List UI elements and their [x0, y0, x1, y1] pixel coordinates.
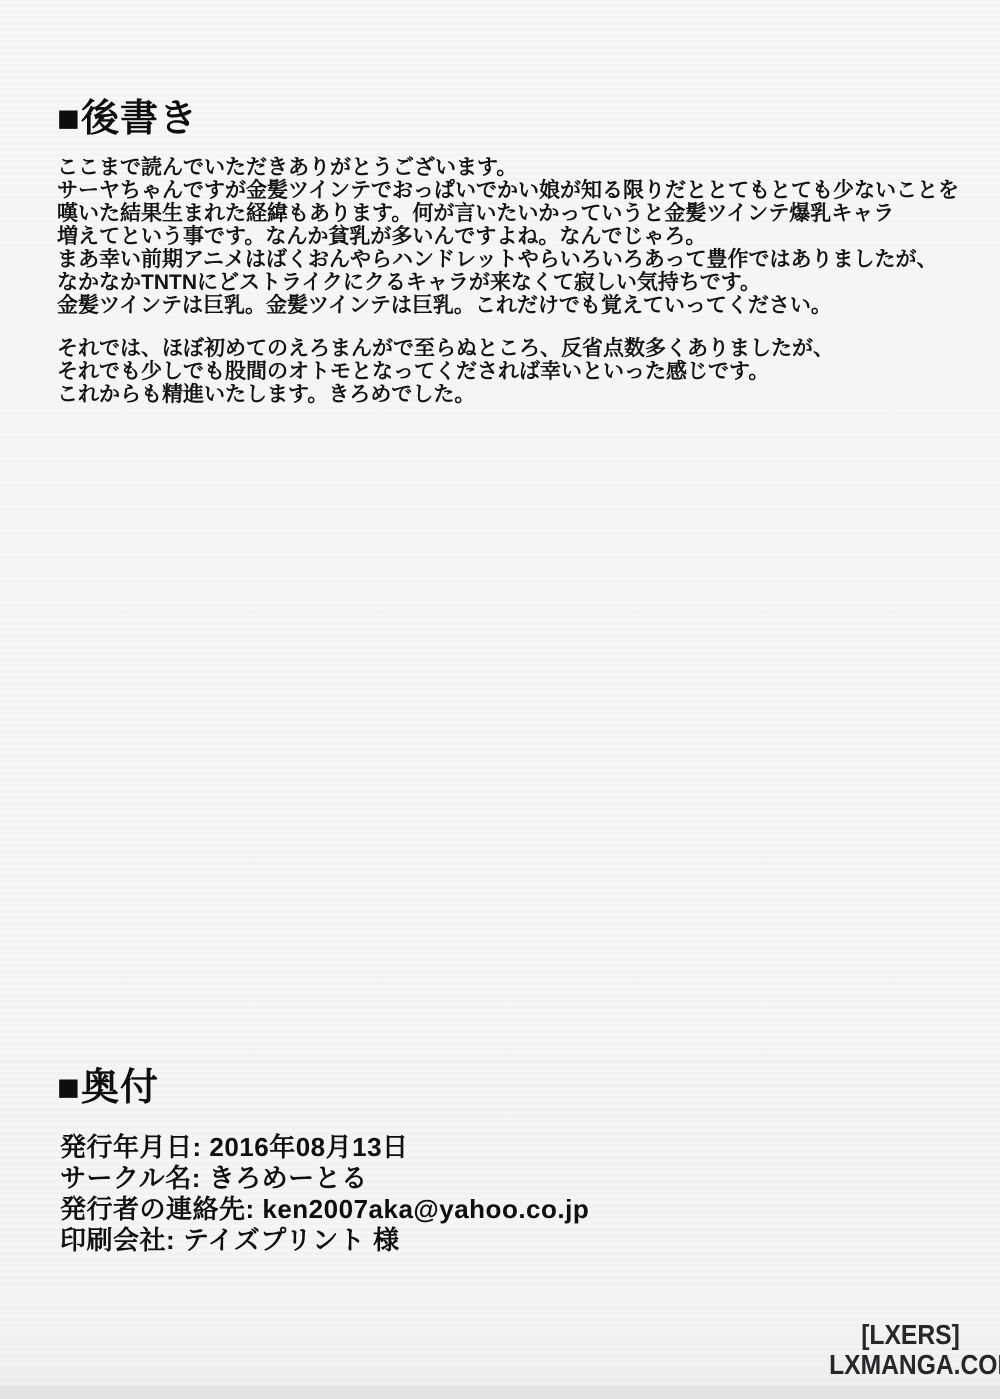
scanned-afterword-page: ■後書き ここまで読んでいただきありがとうございます。 サーヤちゃんですが金髪ツ… — [0, 0, 1000, 1399]
circle-name-line: サークル名: きろめーとる — [60, 1163, 589, 1194]
afterword-line: ここまで読んでいただきありがとうございます。 — [57, 156, 959, 179]
afterword-heading: ■後書き — [57, 99, 198, 139]
colophon-details: 発行年月日: 2016年08月13日 サークル名: きろめーとる 発行者の連絡先… — [60, 1132, 589, 1256]
afterword-line: 増えてという事です。なんか貧乳が多いんですよね。なんでじゃろ。 — [57, 225, 959, 248]
contact-email-line: 発行者の連絡先: ken2007aka@yahoo.co.jp — [60, 1194, 589, 1225]
afterword-line: これからも精進いたします。きろめでした。 — [57, 383, 834, 406]
print-company-line: 印刷会社: テイズプリント 様 — [60, 1225, 589, 1256]
afterword-paragraph-2: それでは、ほぼ初めてのえろまんがで至らぬところ、反省点数多くありましたが、 それ… — [57, 337, 834, 406]
watermark-lxmanga-label: LXMANGA.COM — [829, 1350, 992, 1380]
colophon-heading: ■奥付 — [57, 1068, 159, 1108]
afterword-line: 金髪ツインテは巨乳。金髪ツインテは巨乳。これだけでも覚えていってください。 — [57, 294, 959, 317]
watermark-lxers-label: [LXERS] — [829, 1320, 992, 1350]
scan-edge-shadow — [0, 1386, 1000, 1399]
publish-date-line: 発行年月日: 2016年08月13日 — [60, 1132, 589, 1163]
afterword-line: それでは、ほぼ初めてのえろまんがで至らぬところ、反省点数多くありましたが、 — [57, 337, 834, 360]
afterword-line: まあ幸い前期アニメはばくおんやらハンドレットやらいろいろあって豊作ではありました… — [57, 248, 959, 271]
afterword-line: それでも少しでも股間のオトモとなってくだされば幸いといった感じです。 — [57, 360, 834, 383]
afterword-line: サーヤちゃんですが金髪ツインテでおっぱいでかい娘が知る限りだととてもとても少ない… — [57, 179, 959, 202]
afterword-paragraph-1: ここまで読んでいただきありがとうございます。 サーヤちゃんですが金髪ツインテでお… — [57, 156, 959, 317]
afterword-line: 嘆いた結果生まれた経緯もあります。何が言いたいかっていうと金髪ツインテ爆乳キャラ — [57, 202, 959, 225]
afterword-line: なかなかTNTNにどストライクにクるキャラが来なくて寂しい気持ちです。 — [57, 271, 959, 294]
site-watermark: [LXERS] LXMANGA.COM — [829, 1320, 992, 1380]
